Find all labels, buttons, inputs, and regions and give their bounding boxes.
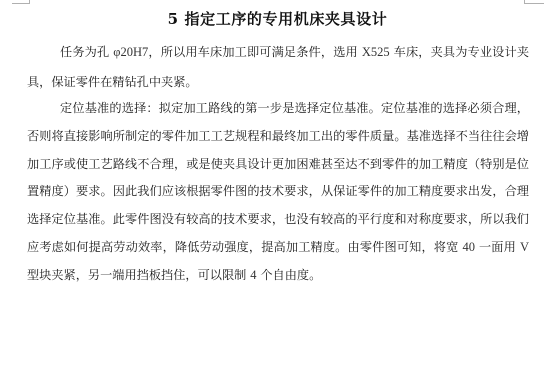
paragraph-datum-selection: 定位基准的选择：拟定加工路线的第一步是选择定位基准。定位基准的选择必须合理，否则… [27, 95, 529, 290]
hole-spec: φ20H7 [113, 45, 148, 59]
page-corner-mark-top-right [524, 0, 544, 4]
paragraph-task: 任务为孔 φ20H7，所以用车床加工即可满足条件，选用 X525 车床，夹具为专… [27, 37, 529, 97]
machine-model: X525 [362, 45, 390, 59]
section-title: 5 指定工序的专用机床夹具设计 [0, 8, 555, 29]
page-corner-mark-top-left [12, 0, 30, 4]
v-block-letter: V [520, 240, 529, 254]
width-value: 40 [462, 240, 475, 254]
